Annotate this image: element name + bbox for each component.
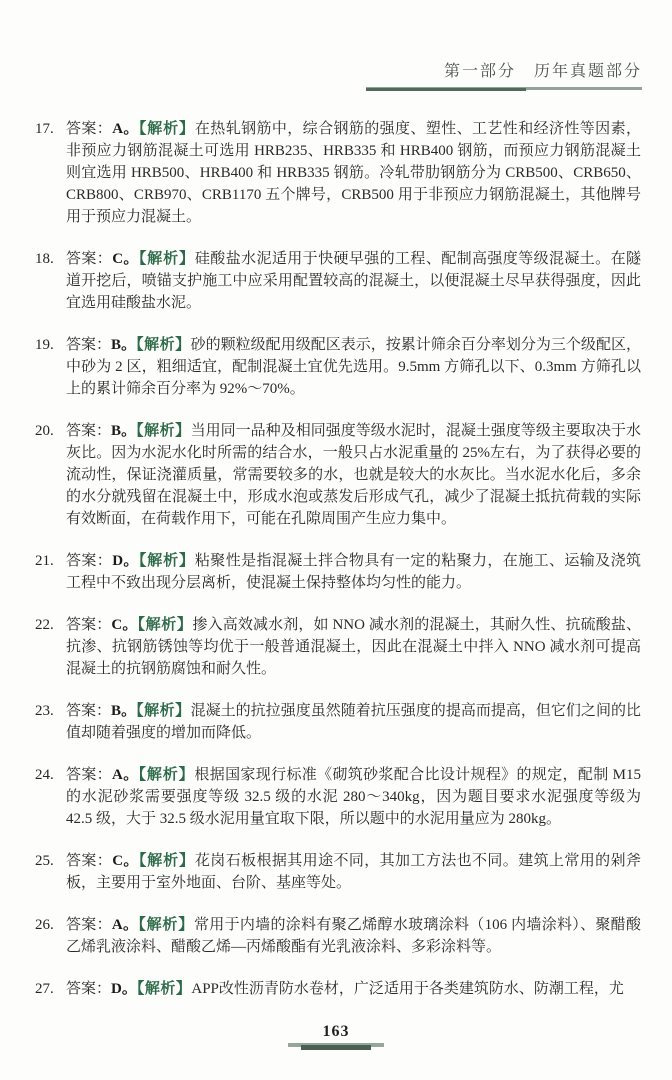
- answer-item: 17. 答案：A。【解析】在热轧钢筋中，综合钢筋的强度、塑性、工艺性和经济性等因…: [35, 118, 641, 228]
- analysis-tag: 【解析】: [138, 917, 194, 933]
- item-number: 19.: [35, 334, 54, 356]
- analysis-tag: 【解析】: [139, 767, 195, 783]
- analysis-tag: 【解析】: [137, 981, 192, 997]
- item-number: 23.: [35, 700, 54, 722]
- answer-letter: A。: [112, 121, 139, 137]
- answer-label: 答案：: [66, 853, 112, 869]
- answer-label: 答案：: [66, 703, 111, 719]
- item-paragraph: 答案：A。【解析】在热轧钢筋中，综合钢筋的强度、塑性、工艺性和经济性等因素，非预…: [66, 121, 641, 225]
- answer-letter: A。: [112, 917, 138, 933]
- analysis-tag: 【解析】: [139, 251, 195, 267]
- answer-letter: C。: [111, 617, 137, 633]
- page-header: 第一部分 历年真题部分: [0, 58, 642, 92]
- item-number: 20.: [35, 420, 54, 442]
- item-paragraph: 答案：B。【解析】当用同一品种及相同强度等级水泥时，混凝土强度等级主要取决于水灰…: [66, 423, 641, 527]
- item-number: 27.: [35, 978, 54, 1000]
- answer-letter: B。: [111, 423, 136, 439]
- item-paragraph: 答案：C。【解析】花岗石板根据其用途不同，其加工方法也不同。建筑上常用的剁斧板，…: [66, 853, 641, 891]
- answer-letter: B。: [111, 337, 136, 353]
- item-number: 21.: [35, 550, 54, 572]
- analysis-tag: 【解析】: [139, 553, 195, 569]
- answer-letter: C。: [112, 251, 139, 267]
- item-number: 25.: [35, 850, 54, 872]
- answer-item: 27. 答案：D。【解析】APP改性沥青防水卷材，广泛适用于各类建筑防水、防潮工…: [35, 978, 641, 1000]
- analysis-tag: 【解析】: [136, 703, 191, 719]
- answer-label: 答案：: [66, 251, 112, 267]
- answer-letter: D。: [112, 553, 139, 569]
- answer-list: 17. 答案：A。【解析】在热轧钢筋中，综合钢筋的强度、塑性、工艺性和经济性等因…: [35, 118, 641, 1000]
- item-number: 22.: [35, 614, 54, 636]
- page-number: 163: [0, 1023, 672, 1041]
- page-footer: 163: [0, 1023, 672, 1052]
- item-paragraph: 答案：C。【解析】硅酸盐水泥适用于快硬早强的工程、配制高强度等级混凝土。在隧道开…: [66, 251, 641, 311]
- answer-label: 答案：: [66, 553, 112, 569]
- answer-label: 答案：: [66, 337, 111, 353]
- item-paragraph: 答案：A。【解析】常用于内墙的涂料有聚乙烯醇水玻璃涂料（106 内墙涂料）、聚醋…: [66, 917, 641, 955]
- header-rule: [366, 87, 642, 92]
- answer-item: 22. 答案：C。【解析】掺入高效减水剂，如 NNO 减水剂的混凝土，其耐久性、…: [35, 614, 641, 680]
- footer-rule-dark: [301, 1045, 371, 1050]
- item-number: 18.: [35, 248, 54, 270]
- item-number: 24.: [35, 764, 54, 786]
- item-number: 26.: [35, 914, 54, 936]
- answer-item: 21. 答案：D。【解析】粘聚性是指混凝土拌合物具有一定的粘聚力，在施工、运输及…: [35, 550, 641, 594]
- answer-label: 答案：: [66, 617, 111, 633]
- item-paragraph: 答案：B。【解析】砂的颗粒级配用级配区表示，按累计筛余百分率划分为三个级配区，中…: [66, 337, 641, 397]
- analysis-tag: 【解析】: [137, 617, 192, 633]
- answer-label: 答案：: [66, 981, 111, 997]
- answer-letter: A。: [112, 767, 139, 783]
- answer-item: 19. 答案：B。【解析】砂的颗粒级配用级配区表示，按累计筛余百分率划分为三个级…: [35, 334, 641, 400]
- answer-item: 23. 答案：B。【解析】混凝土的抗拉强度虽然随着抗压强度的提高而提高，但它们之…: [35, 700, 641, 744]
- item-paragraph: 答案：B。【解析】混凝土的抗拉强度虽然随着抗压强度的提高而提高，但它们之间的比值…: [66, 703, 641, 741]
- answer-item: 20. 答案：B。【解析】当用同一品种及相同强度等级水泥时，混凝土强度等级主要取…: [35, 420, 641, 530]
- answer-label: 答案：: [66, 917, 112, 933]
- answer-item: 18. 答案：C。【解析】硅酸盐水泥适用于快硬早强的工程、配制高强度等级混凝土。…: [35, 248, 641, 314]
- answer-item: 25. 答案：C。【解析】花岗石板根据其用途不同，其加工方法也不同。建筑上常用的…: [35, 850, 641, 894]
- item-paragraph: 答案：C。【解析】掺入高效减水剂，如 NNO 减水剂的混凝土，其耐久性、抗硫酸盐…: [66, 617, 641, 677]
- answer-letter: B。: [111, 703, 136, 719]
- analysis-tag: 【解析】: [139, 853, 195, 869]
- analysis-tag: 【解析】: [136, 337, 191, 353]
- analysis-tag: 【解析】: [136, 423, 191, 439]
- book-page: 第一部分 历年真题部分 17. 答案：A。【解析】在热轧钢筋中，综合钢筋的强度、…: [0, 0, 672, 1080]
- section-title: 第一部分 历年真题部分: [444, 58, 642, 87]
- analysis-tag: 【解析】: [139, 121, 195, 137]
- answer-letter: D。: [111, 981, 137, 997]
- answer-item: 26. 答案：A。【解析】常用于内墙的涂料有聚乙烯醇水玻璃涂料（106 内墙涂料…: [35, 914, 641, 958]
- answer-item: 24. 答案：A。【解析】根据国家现行标准《砌筑砂浆配合比设计规程》的规定，配制…: [35, 764, 641, 830]
- header-rule-dark: [366, 88, 526, 91]
- analysis-text: APP改性沥青防水卷材，广泛适用于各类建筑防水、防潮工程，尤: [191, 981, 624, 997]
- item-paragraph: 答案：A。【解析】根据国家现行标准《砌筑砂浆配合比设计规程》的规定，配制 M15…: [66, 767, 641, 827]
- footer-rule: [288, 1043, 384, 1052]
- answer-letter: C。: [112, 853, 139, 869]
- answer-label: 答案：: [66, 767, 112, 783]
- item-number: 17.: [35, 118, 54, 140]
- item-paragraph: 答案：D。【解析】APP改性沥青防水卷材，广泛适用于各类建筑防水、防潮工程，尤: [66, 981, 624, 997]
- answer-label: 答案：: [66, 121, 112, 137]
- item-paragraph: 答案：D。【解析】粘聚性是指混凝土拌合物具有一定的粘聚力，在施工、运输及浇筑工程…: [66, 553, 641, 591]
- answer-label: 答案：: [66, 423, 111, 439]
